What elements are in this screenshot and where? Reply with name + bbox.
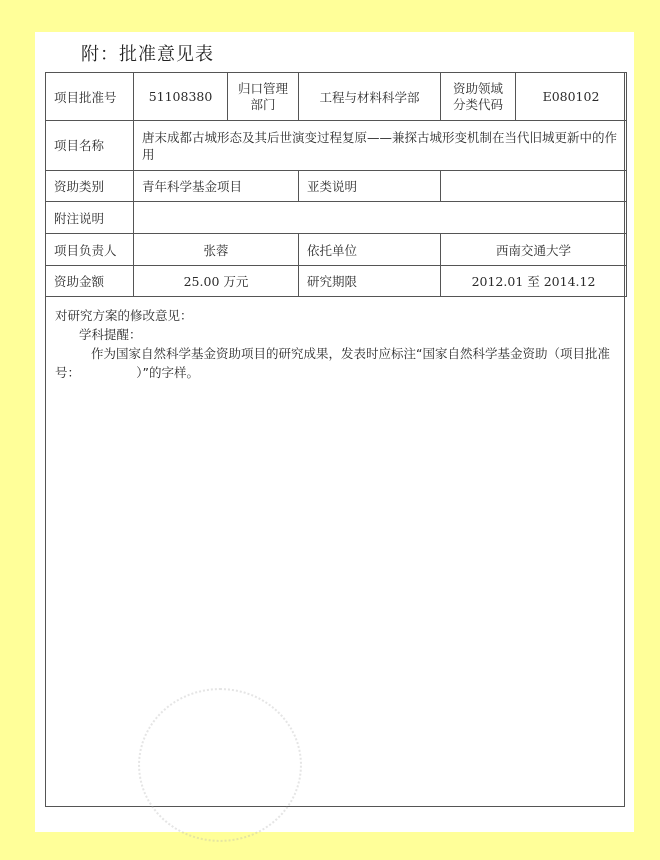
leader-value: 张蓉 <box>134 234 299 266</box>
table-row: 资助类别 青年科学基金项目 亚类说明 <box>46 171 627 202</box>
amount-value: 25.00 万元 <box>134 266 299 297</box>
document-title: 附：批准意见表 <box>81 40 214 66</box>
table-row: 资助金额 25.00 万元 研究期限 2012.01 至 2014.12 <box>46 266 627 297</box>
category-label: 资助类别 <box>46 171 134 202</box>
institution-label: 依托单位 <box>299 234 441 266</box>
dept-value: 工程与材料科学部 <box>299 73 441 121</box>
subcategory-label: 亚类说明 <box>299 171 441 202</box>
table-row: 附注说明 <box>46 202 627 234</box>
leader-label: 项目负责人 <box>46 234 134 266</box>
faded-seal-stamp <box>138 688 302 842</box>
opinion-subheading: 学科提醒： <box>55 325 621 344</box>
code-value: E080102 <box>516 73 627 121</box>
revision-opinion: 对研究方案的修改意见： 学科提醒： 作为国家自然科学基金资助项目的研究成果，发表… <box>55 306 621 382</box>
period-value: 2012.01 至 2014.12 <box>441 266 627 297</box>
approval-form: 项目批准号 51108380 归口管理部门 工程与材料科学部 资助领域分类代码 … <box>45 72 625 807</box>
approval-table: 项目批准号 51108380 归口管理部门 工程与材料科学部 资助领域分类代码 … <box>45 72 627 297</box>
period-label: 研究期限 <box>299 266 441 297</box>
amount-label: 资助金额 <box>46 266 134 297</box>
table-row: 项目批准号 51108380 归口管理部门 工程与材料科学部 资助领域分类代码 … <box>46 73 627 121</box>
dept-label: 归口管理部门 <box>228 73 299 121</box>
subcategory-value <box>441 171 627 202</box>
document-page: 附：批准意见表 项目批准号 51108380 归口管理部门 工程与材料科学部 资… <box>35 32 634 832</box>
approval-no-label: 项目批准号 <box>46 73 134 121</box>
table-row: 项目名称 唐末成都古城形态及其后世演变过程复原——兼探古城形变机制在当代旧城更新… <box>46 121 627 171</box>
note-value <box>134 202 627 234</box>
category-value: 青年科学基金项目 <box>134 171 299 202</box>
opinion-body: 作为国家自然科学基金资助项目的研究成果，发表时应标注“国家自然科学基金资助（项目… <box>55 344 621 382</box>
note-label: 附注说明 <box>46 202 134 234</box>
opinion-heading: 对研究方案的修改意见： <box>55 306 621 325</box>
institution-value: 西南交通大学 <box>441 234 627 266</box>
project-name-label: 项目名称 <box>46 121 134 171</box>
code-label: 资助领域分类代码 <box>441 73 516 121</box>
approval-no-value: 51108380 <box>134 73 228 121</box>
project-name-value: 唐末成都古城形态及其后世演变过程复原——兼探古城形变机制在当代旧城更新中的作用 <box>134 121 627 171</box>
table-row: 项目负责人 张蓉 依托单位 西南交通大学 <box>46 234 627 266</box>
